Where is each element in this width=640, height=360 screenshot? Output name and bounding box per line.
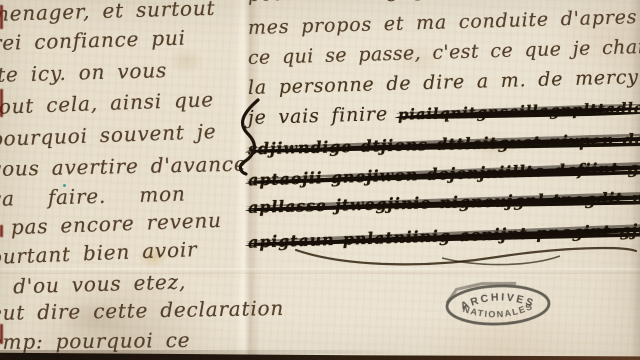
manuscript-line: rei confiance pui bbox=[0, 26, 186, 55]
redacted-line: apigtaun pnlatniinig aenijnt pnagint gji… bbox=[248, 217, 640, 251]
manuscript-line: vous avertire d'avance bbox=[0, 152, 247, 181]
left-page: menager, et surtout rei confiance pui it… bbox=[0, 0, 260, 360]
redacted-line: sdjiwndige dtjions dttlaitguet nivpen da… bbox=[248, 128, 640, 158]
manuscript-line: s d'ou vous etez, bbox=[0, 270, 186, 299]
manuscript-line: pourquoi souvent je bbox=[0, 119, 217, 151]
redacted-text: apigtaun pnlatniinig aenijnt pnagint gji… bbox=[248, 217, 640, 251]
manuscript-photo: menager, et surtout rei confiance pui it… bbox=[0, 0, 640, 360]
redacted-text: apllasse jtwegjinie nigneujgnl tnegdit n… bbox=[248, 186, 640, 217]
manuscript-line: je vais finire bbox=[248, 103, 389, 129]
manuscript-line: ce qui se passe, c'est ce que je charge bbox=[248, 35, 640, 69]
manuscript-line: tout cela, ainsi que bbox=[0, 87, 214, 119]
redacted-line: apllasse jtwegjinie nigneujgnl tnegdit n… bbox=[248, 186, 640, 217]
redacted-text: aptaojii gnejiwon dejenjniillto dafiint … bbox=[248, 155, 640, 189]
photo-edge-mark bbox=[0, 5, 3, 29]
manuscript-line-with-redaction: je vais finirepiailqnitgnsaillagnplttadl… bbox=[248, 96, 640, 129]
manuscript-line: t pas encore revenu bbox=[0, 208, 222, 240]
photo-edge-mark bbox=[0, 89, 3, 117]
manuscript-line: va faire. mon bbox=[0, 182, 186, 211]
redacted-text: piailqnitgnsaillagnplttadle bbox=[398, 99, 640, 124]
manuscript-line: ourtant bien avoir bbox=[0, 237, 198, 269]
redacted-line: aptaojii gnejiwon dejenjniillto dafiint … bbox=[248, 155, 640, 189]
manuscript-line: menager, et surtout bbox=[0, 0, 216, 26]
manuscript-line: eut dire cette declaration bbox=[0, 296, 284, 325]
photo-edge-mark bbox=[0, 225, 3, 237]
manuscript-line: mes propos et ma conduite d'apres bbox=[248, 6, 638, 39]
manuscript-line: ite icy. on vous bbox=[0, 58, 167, 87]
redacted-text: sdjiwndige dtjions dttlaitguet nivpen da… bbox=[248, 128, 640, 158]
manuscript-line: la personne de dire a m. de mercy bbox=[248, 66, 639, 99]
photo-edge-mark bbox=[0, 324, 3, 344]
manuscript-line: pour tout neglige que je regle, bbox=[248, 0, 592, 6]
archives-nationales-stamp: ARCHIVES NATIONALES bbox=[440, 279, 556, 331]
